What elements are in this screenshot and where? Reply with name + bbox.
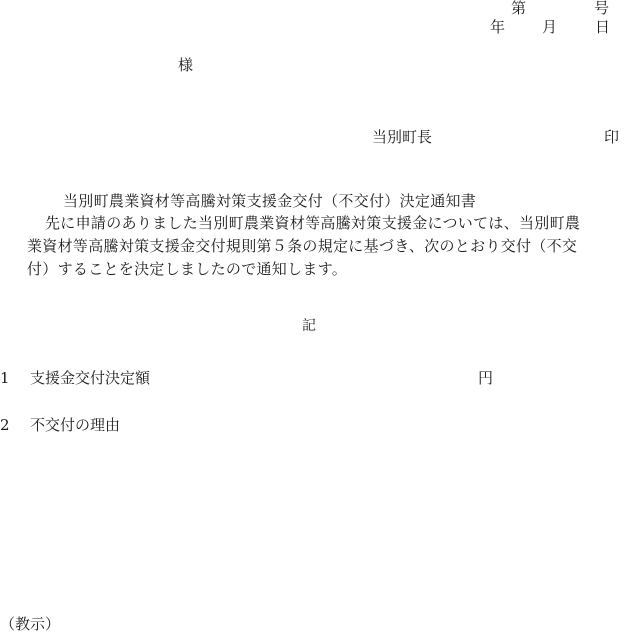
- item-number: 1: [0, 368, 10, 388]
- date-month-label: 月: [542, 17, 557, 37]
- item-number: 2: [0, 415, 10, 435]
- body-line-1: 先に申請のありました当別町農業資材等高騰対策支援金については、当別町農: [45, 212, 580, 234]
- body-line-3: 付）することを決定しましたので通知します。: [27, 258, 347, 280]
- issuer-title: 当別町長: [372, 127, 432, 147]
- date-day-label: 日: [595, 17, 610, 37]
- ki-heading: 記: [302, 316, 316, 336]
- item-label: 支援金交付決定額: [30, 368, 150, 388]
- date-year-label: 年: [490, 17, 505, 37]
- seal-mark: 印: [604, 127, 619, 147]
- body-line-2: 業資材等高騰対策支援金交付規則第５条の規定に基づき、次のとおり交付（不交: [27, 235, 577, 257]
- instruction-label: （教示）: [0, 614, 60, 634]
- document-number-suffix: 号: [594, 0, 609, 18]
- item-label: 不交付の理由: [30, 415, 120, 435]
- amount-unit-yen: 円: [478, 368, 493, 388]
- document-title: 当別町農業資材等高騰対策支援金交付（不交付）決定通知書: [63, 191, 476, 211]
- addressee-honorific: 様: [178, 55, 193, 75]
- document-number-prefix: 第: [511, 0, 526, 18]
